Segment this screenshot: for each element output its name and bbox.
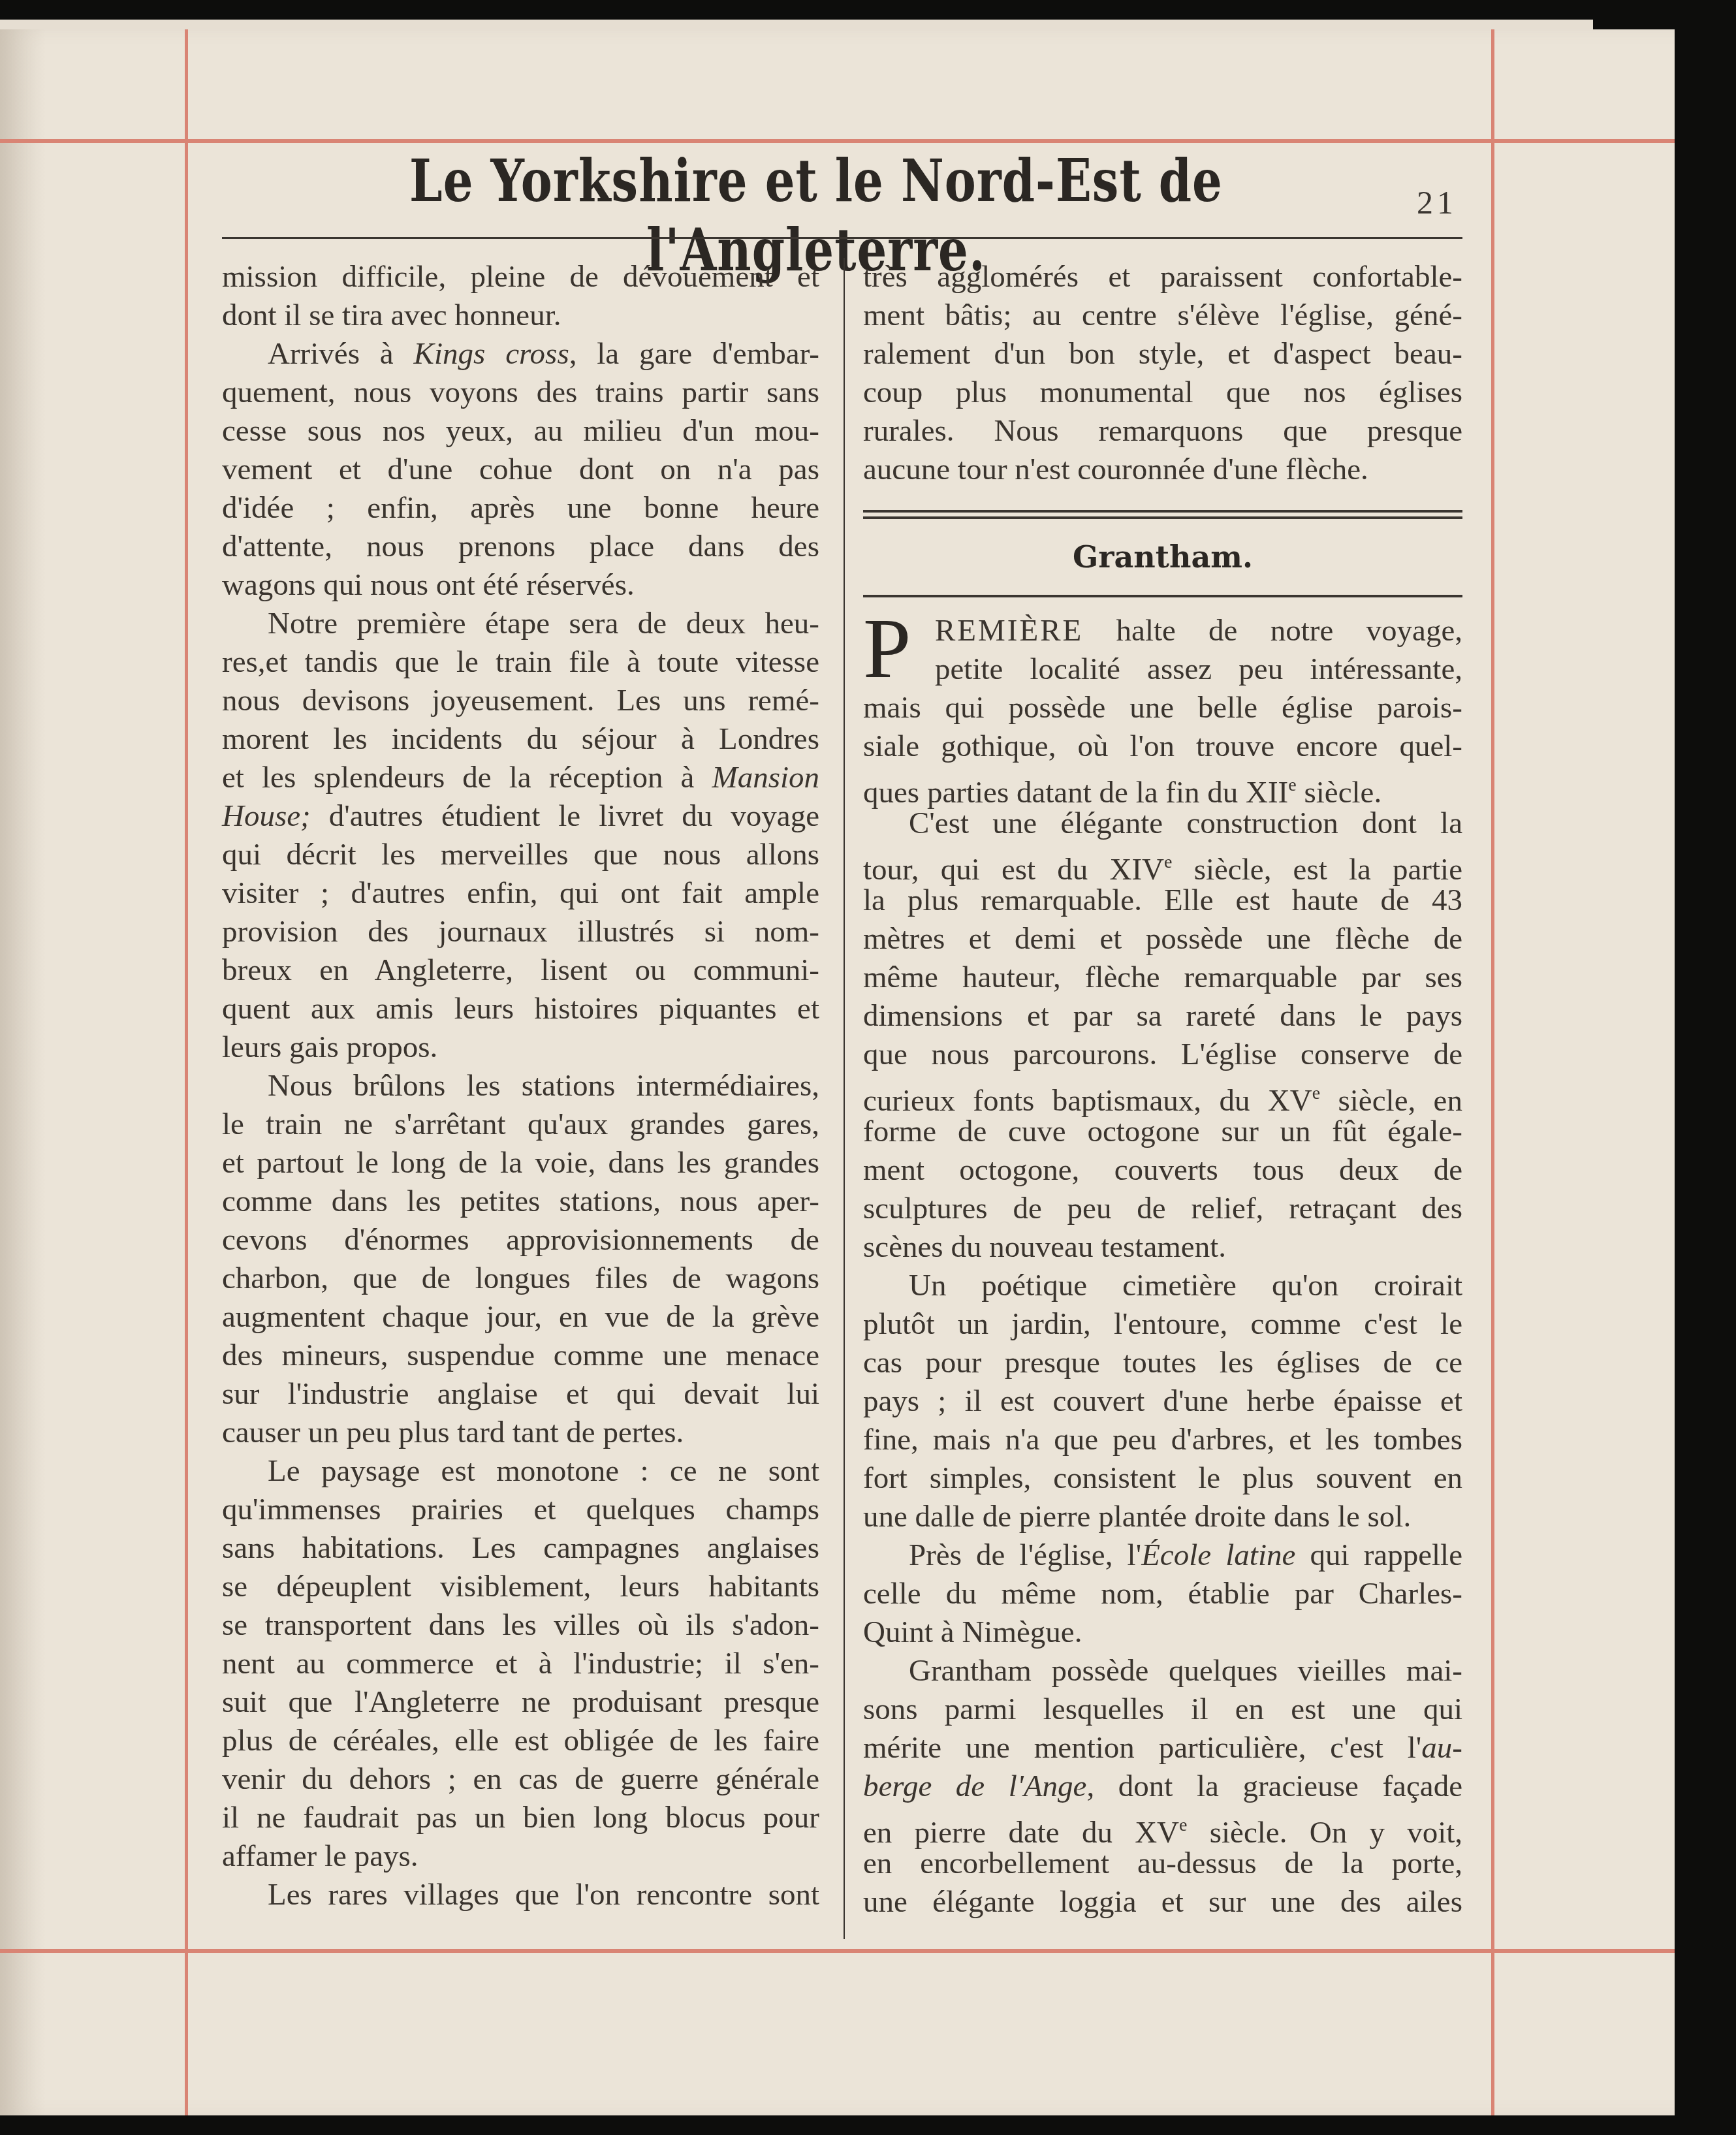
text-segment: halte de notre voyage,: [1083, 614, 1462, 648]
text-line: nent au commerce et à l'industrie; il s'…: [222, 1645, 819, 1683]
superscript: e: [1179, 1815, 1187, 1835]
left-column: mission difficile, pleine de dévouement …: [222, 258, 819, 1914]
text-segment: Près de l'église, l': [909, 1538, 1141, 1572]
text-line: se dépeuplent visiblement, leurs habitan…: [222, 1568, 819, 1606]
text-line: que nous parcourons. L'église conserve d…: [863, 1036, 1462, 1074]
text-segment: qui rappelle: [1295, 1538, 1462, 1572]
text-line: ment octogone, couverts tous deux de: [863, 1151, 1462, 1190]
text-line: quent aux amis leurs histoires piquantes…: [222, 990, 819, 1028]
italic-text: École latine: [1141, 1538, 1295, 1572]
text-line: augmentent chaque jour, en vue de la grè…: [222, 1298, 819, 1336]
text-line: se transportent dans les villes où ils s…: [222, 1606, 819, 1645]
text-line: dimensions et par sa rareté dans le pays: [863, 997, 1462, 1036]
text-line: mérite une mention particulière, c'est l…: [863, 1729, 1462, 1767]
text-line: tour, qui est du XIVe siècle, est la par…: [863, 843, 1462, 881]
text-line: ques parties datant de la fin du XIIe si…: [863, 766, 1462, 804]
superscript: e: [1288, 775, 1296, 795]
text-line: une dalle de pierre plantée droite dans …: [863, 1498, 1462, 1536]
drop-cap: P: [863, 609, 911, 688]
text-line: celle du même nom, établie par Charles-: [863, 1575, 1462, 1613]
text-line: des mineurs, suspendue comme une menace: [222, 1336, 819, 1375]
text-line: Les rares villages que l'on rencontre so…: [222, 1876, 819, 1914]
text-segment: , dont la gracieuse façade: [1086, 1769, 1462, 1803]
text-line: aucune tour n'est couronnée d'une flèche…: [863, 451, 1462, 489]
text-line: scènes du nouveau testament.: [863, 1228, 1462, 1267]
text-line: sans habitations. Les campagnes anglaise…: [222, 1529, 819, 1568]
column-divider: [844, 258, 845, 1939]
text-line: sculptures de peu de relief, retraçant d…: [863, 1190, 1462, 1228]
text-line: visiter ; d'autres enfin, qui ont fait a…: [222, 874, 819, 913]
superscript: e: [1312, 1083, 1320, 1103]
text-line: plutôt un jardin, l'entoure, comme c'est…: [863, 1305, 1462, 1344]
text-line: cesse sous nos yeux, au milieu d'un mou-: [222, 412, 819, 451]
section-rule: [863, 595, 1462, 597]
text-line: qui décrit les merveilles que nous allon…: [222, 836, 819, 874]
text-line: REMIÈRE halte de notre voyage,: [863, 612, 1462, 650]
book-page: Le Yorkshire et le Nord-Est de l'Anglete…: [0, 29, 1675, 2115]
small-caps-text: REMIÈRE: [935, 614, 1083, 648]
text-line: ralement d'un bon style, et d'aspect bea…: [863, 335, 1462, 373]
text-line: curieux fonts baptismaux, du XVe siècle,…: [863, 1074, 1462, 1113]
text-line: rurales. Nous remarquons que presque: [863, 412, 1462, 451]
superscript: e: [1164, 852, 1172, 872]
text-line: charbon, que de longues files de wagons: [222, 1259, 819, 1298]
text-line: Notre première étape sera de deux heu-: [222, 605, 819, 643]
text-line: dont il se tira avec honneur.: [222, 296, 819, 335]
text-line: berge de l'Ange, dont la gracieuse façad…: [863, 1767, 1462, 1806]
text-line: plus de céréales, elle est obligée de le…: [222, 1722, 819, 1760]
text-line: une élégante loggia et sur une des ailes: [863, 1883, 1462, 1922]
italic-text: Mansion: [712, 761, 820, 795]
drop-cap-paragraph: P REMIÈRE halte de notre voyage, petite …: [863, 612, 1462, 689]
text-line: provision des journaux illustrés si nom-: [222, 913, 819, 951]
text-line: quement, nous voyons des trains partir s…: [222, 373, 819, 412]
text-line: Un poétique cimetière qu'on croirait: [863, 1267, 1462, 1305]
text-line: suit que l'Angleterre ne produisant pres…: [222, 1683, 819, 1722]
italic-text: Kings cross: [414, 337, 569, 371]
text-line: mission difficile, pleine de dévouement …: [222, 258, 819, 296]
text-line: sur l'industrie anglaise et qui devait l…: [222, 1375, 819, 1414]
text-line: cas pour presque toutes les églises de c…: [863, 1344, 1462, 1382]
text-line: en encorbellement au-dessus de la porte,: [863, 1844, 1462, 1883]
section-double-rule: [863, 510, 1462, 519]
text-segment: Arrivés à: [268, 337, 414, 371]
text-line: fort simples, consistent le plus souvent…: [863, 1459, 1462, 1498]
text-line: pays ; il est couvert d'une herbe épaiss…: [863, 1382, 1462, 1421]
text-line: morent les incidents du séjour à Londres: [222, 720, 819, 759]
text-line: il ne faudrait pas un bien long blocus p…: [222, 1799, 819, 1837]
text-line: d'idée ; enfin, après une bonne heure: [222, 489, 819, 528]
text-line: en pierre date du XVe siècle. On y voit,: [863, 1806, 1462, 1844]
gutter-shadow: [0, 29, 46, 2115]
text-line: venir du dehors ; en cas de guerre génér…: [222, 1760, 819, 1799]
text-line: mais qui possède une belle église parois…: [863, 689, 1462, 727]
text-line: qu'immenses prairies et quelques champs: [222, 1491, 819, 1529]
text-line: très agglomérés et paraissent confortabl…: [863, 258, 1462, 296]
text-line: Près de l'église, l'École latine qui rap…: [863, 1536, 1462, 1575]
text-line: la plus remarquable. Elle est haute de 4…: [863, 881, 1462, 920]
text-line: nous devisons joyeusement. Les uns remé-: [222, 682, 819, 720]
text-line: comme dans les petites stations, nous ap…: [222, 1182, 819, 1221]
text-line: affamer le pays.: [222, 1837, 819, 1876]
section-heading: Grantham.: [863, 519, 1462, 595]
text-line: Nous brûlons les stations intermédiaires…: [222, 1067, 819, 1105]
red-margin-rule-right: [1491, 29, 1494, 2115]
text-line: forme de cuve octogone sur un fût égale-: [863, 1113, 1462, 1151]
text-line: vement et d'une cohue dont on n'a pas: [222, 451, 819, 489]
text-line: et partout le long de la voie, dans les …: [222, 1144, 819, 1182]
red-margin-rule-left: [185, 29, 188, 2115]
text-segment: , la gare d'embar-: [569, 337, 819, 371]
text-line: le train ne s'arrêtant qu'aux grandes ga…: [222, 1105, 819, 1144]
text-line: siale gothique, où l'on trouve encore qu…: [863, 727, 1462, 766]
text-line: cevons d'énormes approvisionnements de: [222, 1221, 819, 1259]
text-line: Quint à Nimègue.: [863, 1613, 1462, 1652]
text-line: petite localité assez peu intéressante,: [863, 650, 1462, 689]
italic-text: berge de l'Ange: [863, 1769, 1086, 1803]
text-line: fine, mais n'a que peu d'arbres, et les …: [863, 1421, 1462, 1459]
text-line: Grantham possède quelques vieilles mai-: [863, 1652, 1462, 1690]
text-line: breux en Angleterre, lisent ou communi-: [222, 951, 819, 990]
text-line: coup plus monumental que nos églises: [863, 373, 1462, 412]
text-line: res,et tandis que le train file à toute …: [222, 643, 819, 682]
text-line: Arrivés à Kings cross, la gare d'embar-: [222, 335, 819, 373]
text-line: wagons qui nous ont été réservés.: [222, 566, 819, 605]
right-column: très agglomérés et paraissent confortabl…: [863, 258, 1462, 1922]
text-line: et les splendeurs de la réception à Mans…: [222, 759, 819, 797]
italic-text: House;: [222, 799, 311, 833]
page-number: 21: [1417, 183, 1457, 221]
red-margin-rule-bottom: [0, 1949, 1675, 1953]
text-line: sons parmi lesquelles il en est une qui: [863, 1690, 1462, 1729]
text-line: C'est une élégante construction dont la: [863, 804, 1462, 843]
text-line: ment bâtis; au centre s'élève l'église, …: [863, 296, 1462, 335]
text-segment: mérite une mention particulière, c'est l…: [863, 1731, 1421, 1765]
red-margin-rule-top: [0, 139, 1675, 143]
text-line: mètres et demi et possède une flèche de: [863, 920, 1462, 958]
text-line: d'attente, nous prenons place dans des: [222, 528, 819, 566]
header-rule: [222, 237, 1462, 239]
text-line: House; d'autres étudient le livret du vo…: [222, 797, 819, 836]
text-line: même hauteur, flèche remarquable par ses: [863, 958, 1462, 997]
text-line: Le paysage est monotone : ce ne sont: [222, 1452, 819, 1491]
text-segment: d'autres étudient le livret du voyage: [311, 799, 819, 833]
italic-text: au-: [1421, 1731, 1462, 1765]
text-line: causer un peu plus tard tant de pertes.: [222, 1414, 819, 1452]
text-segment: et les splendeurs de la réception à: [222, 761, 712, 795]
text-line: leurs gais propos.: [222, 1028, 819, 1067]
